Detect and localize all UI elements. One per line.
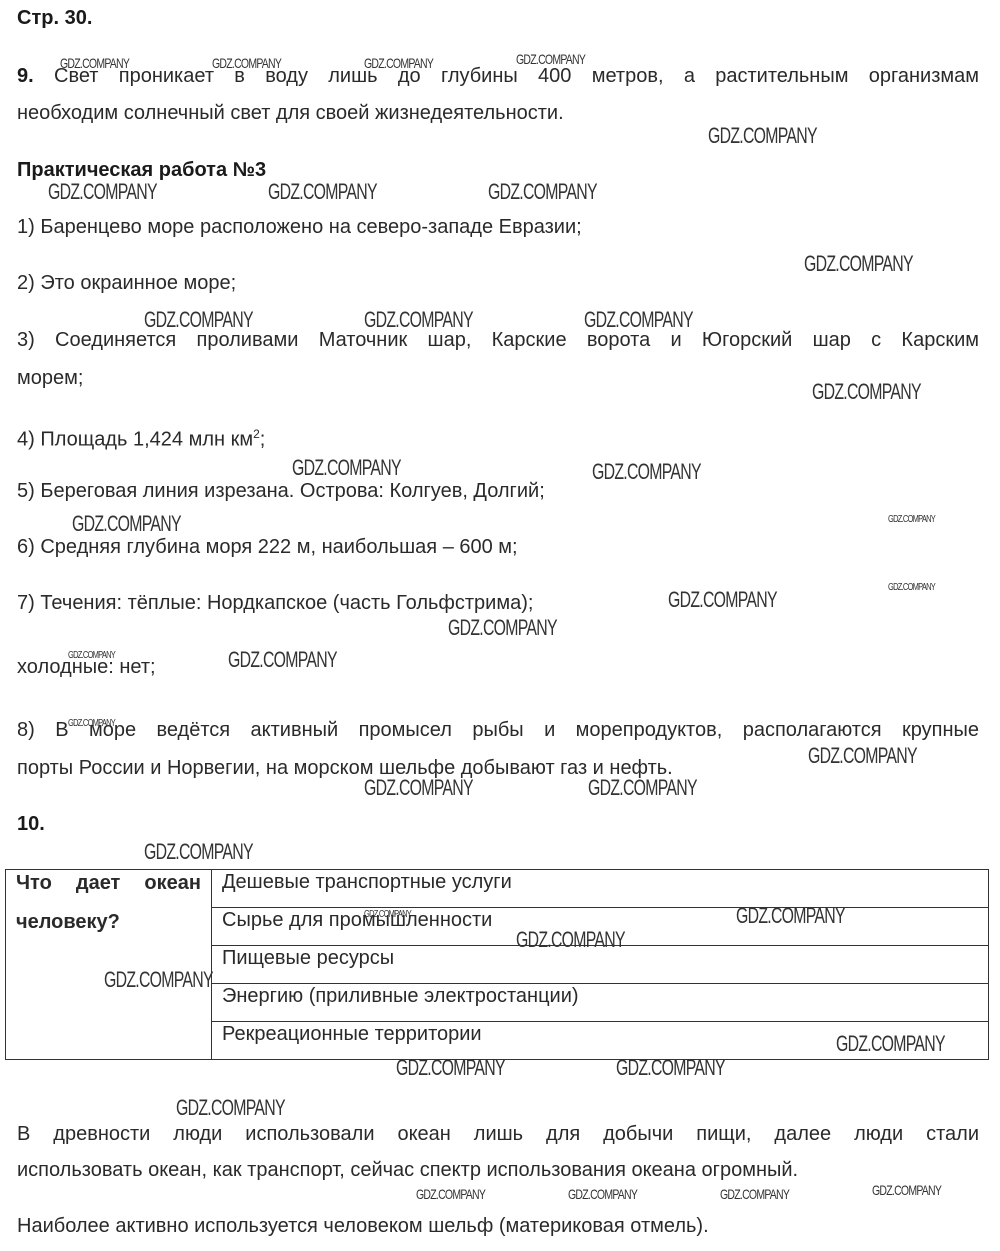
task10-number: 10. [17,812,45,836]
watermark: GDZ.COMPANY [176,1097,285,1119]
practical-item-6: 6) Средняя глубина моря 222 м, наибольша… [17,535,518,559]
watermark: GDZ.COMPANY [364,52,433,74]
watermark: GDZ.COMPANY [668,589,777,611]
watermark: GDZ.COMPANY [592,461,701,483]
watermark: GDZ.COMPANY [144,309,253,331]
area-end: ; [260,429,266,451]
watermark: GDZ.COMPANY [812,381,921,403]
watermark: GDZ.COMPANY [720,1183,789,1205]
watermark: GDZ.COMPANY [584,309,693,331]
question-line1: Что дает океан [16,870,201,909]
watermark: GDZ.COMPANY [364,904,411,926]
watermark: GDZ.COMPANY [68,713,115,735]
page-label: Стр. 30. [17,6,92,30]
watermark: GDZ.COMPANY [212,52,281,74]
watermark: GDZ.COMPANY [416,1183,485,1205]
watermark: GDZ.COMPANY [60,52,129,74]
watermark: GDZ.COMPANY [588,777,697,799]
watermark: GDZ.COMPANY [516,48,585,70]
watermark: GDZ.COMPANY [516,929,625,951]
question-cell: Что дает океан человеку? [6,870,212,1060]
watermark: GDZ.COMPANY [364,309,473,331]
practical-item-4: 4) Площадь 1,424 млн км2; [17,422,265,452]
task9-number: 9. [17,65,34,87]
practical-item-8b: порты России и Норвегии, на морском шель… [17,756,673,780]
practical-item-7: 7) Течения: тёплые: Нордкапское (часть Г… [17,591,533,615]
practical-item-3b: морем; [17,366,83,390]
watermark: GDZ.COMPANY [48,181,157,203]
practical-item-2: 2) Это окраинное море; [17,271,236,295]
watermark: GDZ.COMPANY [568,1183,637,1205]
para1-line2: использовать океан, как транспорт, сейча… [17,1158,798,1182]
area-sup: 2 [253,427,260,441]
watermark: GDZ.COMPANY [736,905,845,927]
watermark: GDZ.COMPANY [804,253,913,275]
watermark: GDZ.COMPANY [396,1057,505,1079]
watermark: GDZ.COMPANY [708,125,817,147]
watermark: GDZ.COMPANY [888,577,935,599]
watermark: GDZ.COMPANY [292,457,401,479]
watermark: GDZ.COMPANY [872,1179,941,1201]
watermark: GDZ.COMPANY [228,649,337,671]
practical-item-8: 8) В море ведётся активный промысел рыбы… [17,718,979,742]
question-line2: человеку? [16,909,201,948]
para2: Наиболее активно используется человеком … [17,1214,709,1238]
watermark: GDZ.COMPANY [616,1057,725,1079]
watermark: GDZ.COMPANY [72,513,181,535]
watermark: GDZ.COMPANY [68,645,115,667]
watermark: GDZ.COMPANY [836,1033,945,1055]
watermark: GDZ.COMPANY [448,617,557,639]
answer-cell: Энергию (приливные электростанции) [212,984,989,1022]
para1-line1: В древности люди использовали океан лишь… [17,1122,979,1146]
practical-item-1: 1) Баренцево море расположено на северо-… [17,215,582,239]
watermark: GDZ.COMPANY [104,969,213,991]
watermark: GDZ.COMPANY [268,181,377,203]
task9-line2: необходим солнечный свет для своей жизне… [17,101,564,125]
watermark: GDZ.COMPANY [888,509,935,531]
watermark: GDZ.COMPANY [488,181,597,203]
watermark: GDZ.COMPANY [144,841,253,863]
area-text: 4) Площадь 1,424 млн км [17,429,253,451]
watermark: GDZ.COMPANY [364,777,473,799]
task9-line1: 9. Свет проникает в воду лишь до глубины… [17,64,979,88]
watermark: GDZ.COMPANY [808,745,917,767]
practical-item-5: 5) Береговая линия изрезана. Острова: Ко… [17,479,545,503]
answer-cell: Дешевые транспортные услуги [212,870,989,908]
